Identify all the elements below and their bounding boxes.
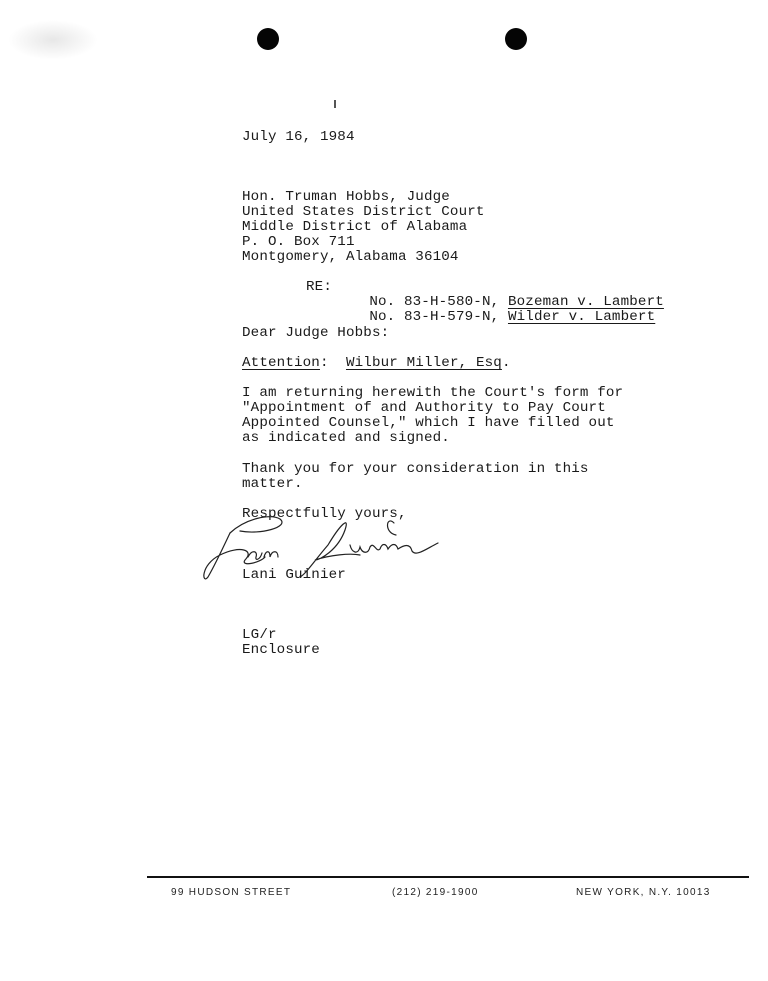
recipient-line: Montgomery, Alabama 36104 — [242, 250, 459, 265]
body-line: Appointed Counsel," which I have filled … — [242, 416, 615, 431]
attention-period: . — [502, 355, 511, 371]
scan-smudge — [8, 20, 98, 60]
signer-name: Lani Guinier — [242, 568, 346, 583]
footer-phone: (212) 219-1900 — [392, 887, 479, 898]
body-line: matter. — [242, 477, 303, 492]
scan-mark — [334, 100, 336, 108]
re-label: RE: — [306, 280, 332, 295]
typist-initials: LG/r — [242, 628, 277, 643]
enclosure-note: Enclosure — [242, 643, 320, 658]
recipient-line: Hon. Truman Hobbs, Judge — [242, 190, 450, 205]
attention-name: Wilbur Miller, Esq — [346, 355, 502, 371]
case-name: Wilder v. Lambert — [508, 309, 655, 325]
attention-line: Attention: Wilbur Miller, Esq. — [242, 356, 511, 371]
body-line: "Appointment of and Authority to Pay Cou… — [242, 401, 606, 416]
recipient-line: United States District Court — [242, 205, 485, 220]
punch-hole-left — [257, 28, 279, 50]
salutation: Dear Judge Hobbs: — [242, 326, 389, 341]
footer-divider — [147, 876, 749, 878]
body-line: I am returning herewith the Court's form… — [242, 386, 623, 401]
body-line: as indicated and signed. — [242, 431, 450, 446]
footer-city: NEW YORK, N.Y. 10013 — [576, 887, 711, 898]
recipient-line: Middle District of Alabama — [242, 220, 467, 235]
attention-label: Attention — [242, 355, 320, 371]
re-case-2: No. 83-H-579-N, Wilder v. Lambert — [352, 295, 655, 325]
letter-date: July 16, 1984 — [242, 130, 355, 145]
punch-hole-right — [505, 28, 527, 50]
case-number: No. 83-H-579-N, — [369, 309, 499, 325]
body-line: Thank you for your consideration in this — [242, 462, 589, 477]
attention-colon: : — [320, 355, 329, 371]
footer-address: 99 HUDSON STREET — [171, 887, 291, 898]
recipient-line: P. O. Box 711 — [242, 235, 355, 250]
